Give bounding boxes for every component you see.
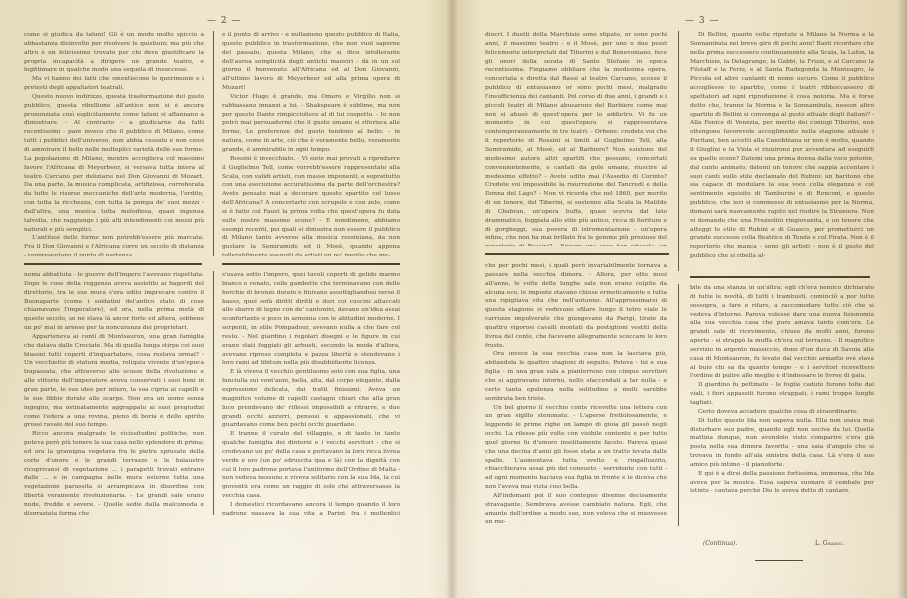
paragraph: Ricco ancora malgrado le vicissitudini p… xyxy=(24,430,204,515)
left-page-number: — 2 — xyxy=(207,16,241,26)
column-divider xyxy=(678,31,679,271)
paragraph: L'antitesi delle forme non potrebb'esser… xyxy=(24,234,204,256)
column-divider xyxy=(678,284,679,526)
section-rule xyxy=(485,253,669,255)
right-lower-left-column: che per pochi mesi, i quali però invaria… xyxy=(485,262,667,526)
paragraph: E là viveva il vecchio gentiluomo solo c… xyxy=(222,368,400,430)
paragraph: bile da una stanza in un'altra; egli ch'… xyxy=(690,284,874,381)
left-page: — 2 — come si giudica da taluni! Gli è u… xyxy=(0,0,450,598)
paragraph: Il giardino fu pettinato - le foglie cad… xyxy=(690,381,874,408)
paragraph: Ma vi hanno dei fatti che smentiscono le… xyxy=(24,75,204,93)
section-rule xyxy=(24,263,202,265)
right-lower-right-column: bile da una stanza in un'altra; egli ch'… xyxy=(690,284,874,524)
paragraph: Questo nuovo indirizzo, questa trasforma… xyxy=(24,93,204,235)
column-divider xyxy=(213,271,214,515)
paragraph: e il punto di arrivo - e nullameno quest… xyxy=(222,31,400,93)
paragraph: Certo doveva accadere qualche cosa di st… xyxy=(690,408,874,417)
paragraph: Di Bellini, quante volte ripetute a Mila… xyxy=(690,31,874,261)
left-upper-left-column: come si giudica da taluni! Gli è un modo… xyxy=(24,31,204,256)
right-page: — 3 — diocri. I duetti della Marchisio s… xyxy=(455,0,907,598)
right-page-number: — 3 — xyxy=(685,16,719,26)
paragraph: All'indomani poi il suo contegno divenne… xyxy=(485,492,667,526)
left-upper-right-column: e il punto di arrivo - e nullameno quest… xyxy=(222,31,400,256)
paragraph: s'usava sotto l'impero, quei tavoli cope… xyxy=(222,271,400,368)
paragraph: Victor Hugo è grande, ma Omero e Virgili… xyxy=(222,93,400,155)
paragraph: Di tutto questo Ida non sapeva nulla. El… xyxy=(690,417,874,470)
left-lower-right-column: s'usava sotto l'impero, quei tavoli cope… xyxy=(222,271,400,515)
page-edge-shadow xyxy=(897,0,907,598)
newspaper-spread: — 2 — come si giudica da taluni! Gli è u… xyxy=(0,0,907,598)
paragraph: come si giudica da taluni! Gli è un modo… xyxy=(24,31,204,75)
paragraph: noma abbattuta - le guerre dell'impero l… xyxy=(24,271,204,333)
column-divider xyxy=(213,31,214,256)
end-flourish xyxy=(755,560,803,561)
section-rule xyxy=(690,276,870,278)
right-upper-right-column: Di Bellini, quante volte ripetute a Mila… xyxy=(690,31,874,271)
left-lower-left-column: noma abbattuta - le guerre dell'impero l… xyxy=(24,271,204,515)
paragraph: che per pochi mesi, i quali però invaria… xyxy=(485,262,667,350)
paragraph: E qui è a dirsi della passione fortissim… xyxy=(690,470,874,497)
paragraph: Apparteneva ai conti di Montsauron, una … xyxy=(24,333,204,430)
section-rule xyxy=(222,263,400,265)
paragraph: E tranne il curato del villaggio, e di t… xyxy=(222,430,400,501)
continuation-note: (Continua). xyxy=(703,540,737,547)
paragraph: diocri. I duetti della Marchisio sono st… xyxy=(485,31,667,246)
paragraph: Rossini è invecchiato. - Vi siete mai pr… xyxy=(222,155,400,256)
author-signature: L. Grasso. xyxy=(815,540,844,547)
paragraph: Ora invece la sua vecchia casa non la la… xyxy=(485,350,667,403)
paragraph: Un bel giorno il vecchio conte ricevette… xyxy=(485,404,667,492)
paragraph: I domestici ricordavano ancora il tempo … xyxy=(222,501,400,515)
right-upper-left-column: diocri. I duetti della Marchisio sono st… xyxy=(485,31,667,246)
